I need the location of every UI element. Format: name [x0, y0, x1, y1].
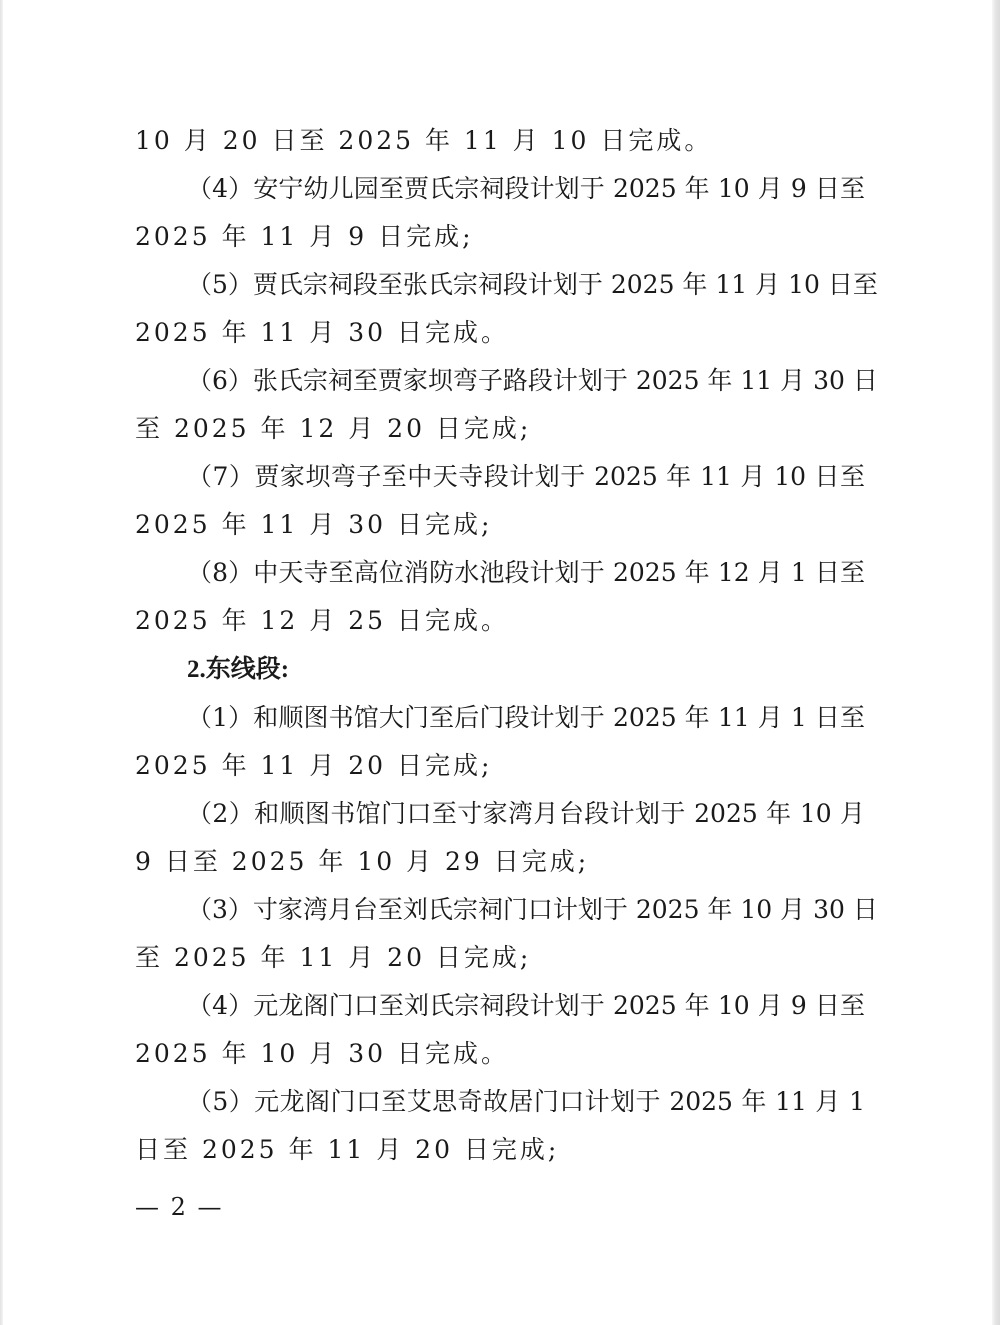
paragraph-line: （1）和顺图书馆大门至后门段计划于 2025 年 11 月 1 日至 — [187, 703, 865, 733]
paragraph-line: （5）元龙阁门口至艾思奇故居门口计划于 2025 年 11 月 1 — [187, 1087, 865, 1117]
paragraph-line: （2）和顺图书馆门口至寸家湾月台段计划于 2025 年 10 月 — [187, 799, 865, 829]
paragraph-line: 2025 年 11 月 30 日完成; — [135, 510, 492, 540]
page-number: — 2 — — [135, 1192, 224, 1222]
paragraph-line: （8）中天寺至高位消防水池段计划于 2025 年 12 月 1 日至 — [187, 558, 865, 588]
paragraph-line: （3）寸家湾月台至刘氏宗祠门口计划于 2025 年 10 月 30 日 — [187, 895, 865, 925]
paragraph-line: 9 日至 2025 年 10 月 29 日完成; — [135, 847, 589, 877]
paragraph-line: （5）贾氏宗祠段至张氏宗祠段计划于 2025 年 11 月 10 日至 — [187, 270, 865, 300]
page-right-edge — [992, 0, 1000, 1325]
paragraph-line: 至 2025 年 12 月 20 日完成; — [135, 414, 531, 444]
section-heading-east: 2.东线段: — [187, 655, 289, 685]
paragraph-line: （7）贾家坝弯子至中天寺段计划于 2025 年 11 月 10 日至 — [187, 462, 865, 492]
paragraph-line: 2025 年 10 月 30 日完成。 — [135, 1039, 509, 1069]
paragraph-line: 至 2025 年 11 月 20 日完成; — [135, 943, 531, 973]
paragraph-line: 2025 年 11 月 20 日完成; — [135, 751, 492, 781]
page-left-edge — [0, 0, 3, 1325]
paragraph-line: 2025 年 12 月 25 日完成。 — [135, 606, 509, 636]
paragraph-line: 2025 年 11 月 9 日完成; — [135, 222, 474, 252]
paragraph-line: （4）安宁幼儿园至贾氏宗祠段计划于 2025 年 10 月 9 日至 — [187, 174, 865, 204]
paragraph-line: 日至 2025 年 11 月 20 日完成; — [135, 1135, 559, 1165]
paragraph-line: （6）张氏宗祠至贾家坝弯子路段计划于 2025 年 11 月 30 日 — [187, 366, 865, 396]
paragraph-line: 2025 年 11 月 30 日完成。 — [135, 318, 509, 348]
continued-text-line: 10 月 20 日至 2025 年 11 月 10 日完成。 — [135, 126, 712, 156]
paragraph-line: （4）元龙阁门口至刘氏宗祠段计划于 2025 年 10 月 9 日至 — [187, 991, 865, 1021]
